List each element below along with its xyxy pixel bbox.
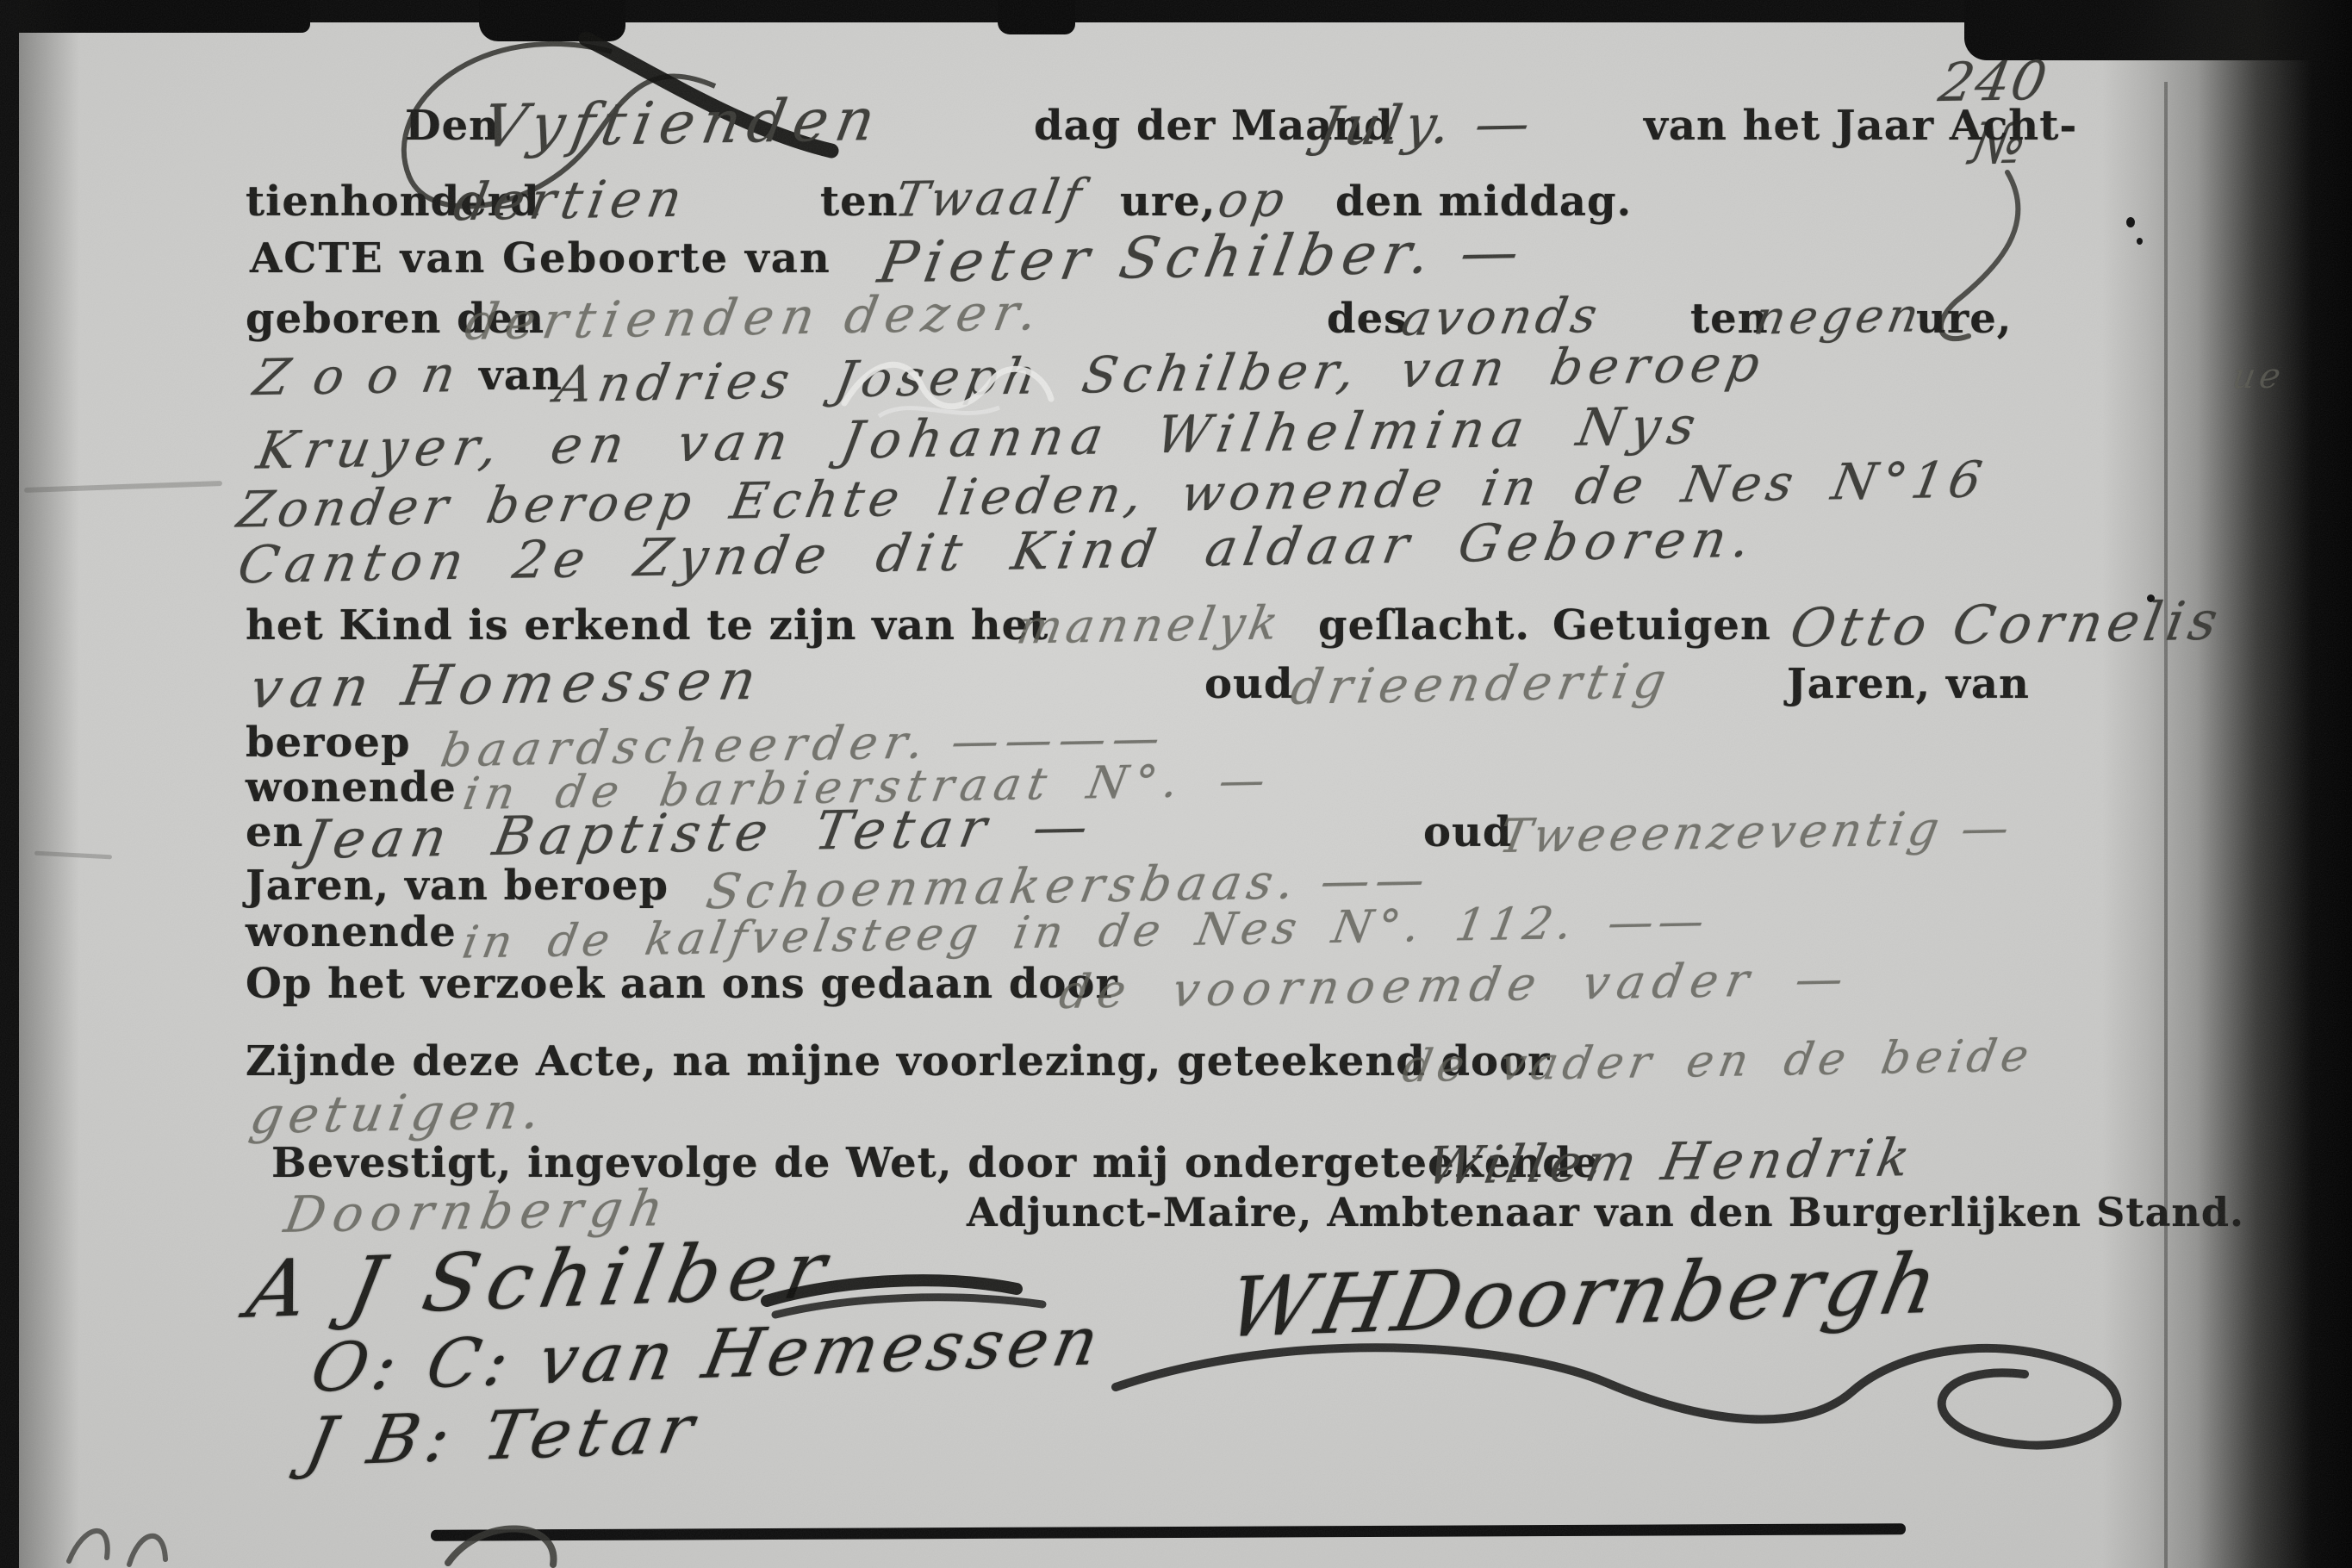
act-line-16: Op het verzoek aan ons gedaan door de vo…: [0, 960, 2352, 1020]
wonende-label: wonende: [246, 763, 457, 812]
top-edge-blob-3: [998, 0, 1075, 34]
birth-hour-handwritten: negen: [1751, 288, 1927, 345]
getuigen-handwritten: getuigen.: [246, 1081, 551, 1145]
getuigen-label: Getuigen: [1552, 601, 1771, 650]
wonende-label-2: wonende: [246, 908, 457, 956]
geslacht-label: geſlacht.: [1318, 601, 1530, 650]
day-handwritten: Vyftienden: [477, 86, 887, 161]
zoon-handwritten: Zoon: [250, 345, 484, 408]
op-handwritten: op: [1214, 171, 1292, 228]
witness1-firstname-handwritten: Otto Cornelis: [1786, 589, 2228, 660]
birthdate-handwritten: dertienden dezer.: [461, 283, 1049, 352]
gender-handwritten: mannelyk: [1013, 595, 1287, 654]
ure-label-2: ure,: [1916, 295, 2012, 343]
canton-handwritten: Canton 2e Zynde dit Kind aldaar Geboren.: [233, 509, 1762, 596]
act-line-1: Den Vyftienden dag der Maand July. — van…: [0, 102, 2352, 162]
signature-official: WHDoornbergh: [1220, 1235, 1949, 1356]
month-handwritten: July. —: [1314, 91, 1540, 158]
hour-handwritten: Twaalf: [891, 169, 1090, 228]
act-line-10: van Homessen oud drieendertig Jaren, van: [0, 660, 2352, 720]
witness1-surname-handwritten: van Homessen: [245, 649, 769, 721]
erkend-label: het Kind is erkend te zijn van het: [246, 601, 1048, 650]
ure-label: ure,: [1120, 177, 1216, 226]
signature-witness2: J B: Tetar: [300, 1391, 707, 1482]
act-line-9: het Kind is erkend te zijn van het manne…: [0, 601, 2352, 662]
adjunct-maire-label: Adjunct-Maire, Ambtenaar van den Burgerl…: [967, 1189, 2244, 1235]
top-edge-blob-2: [479, 0, 625, 41]
jaren-van-label: Jaren, van: [1787, 660, 2030, 708]
verzoek-label: Op het verzoek aan ons gedaan door: [246, 960, 1118, 1008]
des-label: des: [1327, 295, 1408, 343]
van-label: van: [479, 352, 563, 400]
beroep-label: beroep: [246, 719, 411, 767]
official-firstname-handwritten: Willem Hendrik: [1422, 1128, 1920, 1197]
scan-page: 240 № Den Vyftienden dag der Maand July.…: [0, 0, 2352, 1568]
witness1-age-handwritten: drieendertig: [1287, 653, 1677, 716]
act-line-6: Kruyer, en van Johanna Wilhelmina Nys: [0, 408, 2352, 469]
act-line-7: Zonder beroep Echte lieden, wonende in d…: [0, 465, 2352, 526]
jaren-van-beroep-label: Jaren, van beroep: [246, 862, 669, 910]
bevestigd-label: Bevestigt, ingevolge de Wet, door mij on…: [271, 1139, 1599, 1187]
section-divider-rule: [431, 1523, 1906, 1540]
edge-fragment-handwritten: ue: [2230, 356, 2288, 396]
oud-label: oud: [1204, 660, 1293, 708]
act-line-8: Canton 2e Zynde dit Kind aldaar Geboren.: [0, 522, 2352, 582]
requester-handwritten: de voornoemde vader —: [1055, 951, 1855, 1019]
ten-label: ten: [820, 177, 899, 226]
acte-title-label: ACTE van Geboorte van: [250, 234, 831, 283]
en-label: en: [246, 808, 303, 856]
year-label: van het Jaar Acht-: [1644, 102, 2077, 150]
witness2-age-handwritten: Tweeenzeventig —: [1495, 800, 2017, 863]
voorlezing-label: Zijnde deze Acte, na mijne voorlezing, g…: [246, 1037, 1550, 1086]
act-line-5: Zoon van Andries Joseph Schilber, van be…: [0, 352, 2352, 412]
act-line-18: getuigen.: [0, 1084, 2352, 1144]
year-handwritten: dertien: [449, 169, 692, 233]
act-line-3: ACTE van Geboorte van Pieter Schilber. —: [0, 234, 2352, 295]
